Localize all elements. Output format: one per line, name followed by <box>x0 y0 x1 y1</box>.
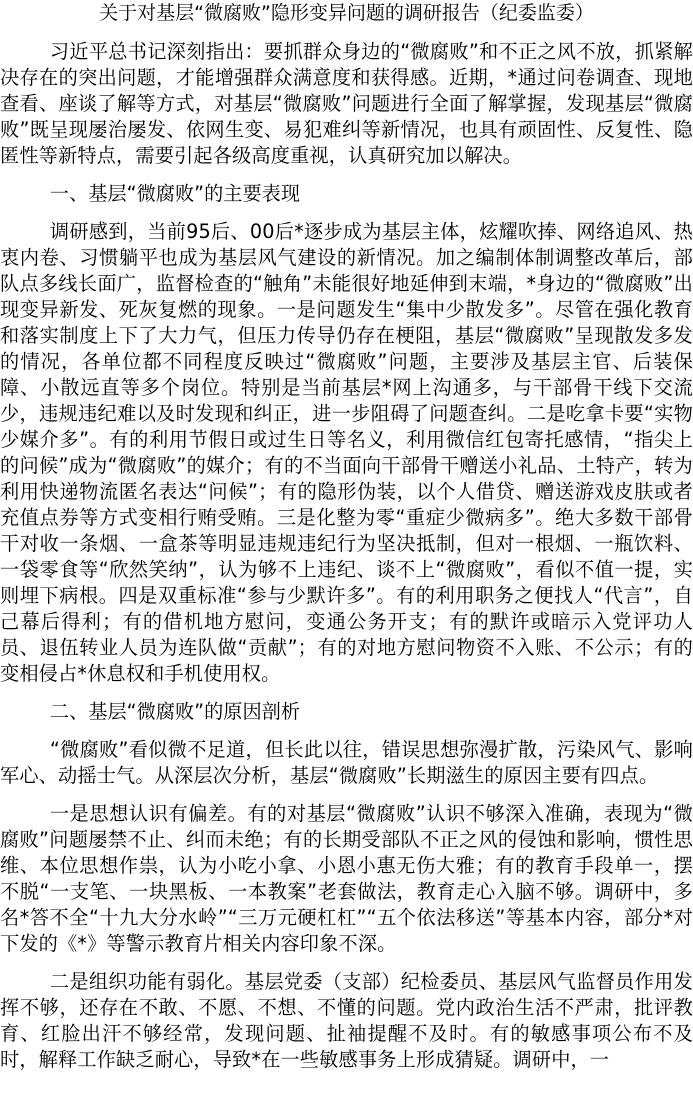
spacer <box>0 207 693 219</box>
spacer <box>0 957 693 969</box>
spacer <box>0 789 693 801</box>
section-2-paragraph-3: 二是组织功能有弱化。基层党委（支部）纪检委员、基层风气监督员作用发挥不够，还存在… <box>0 969 693 1073</box>
section-heading-2: 二、基层“微腐败”的原因剖析 <box>0 699 693 725</box>
document-page: 关于对基层“微腐败”隐形变异问题的调研报告（纪委监委） 习近平总书记深刻指出：要… <box>0 0 693 1073</box>
document-title: 关于对基层“微腐败”隐形变异问题的调研报告（纪委监委） <box>0 0 693 26</box>
section-1-paragraph-1: 调研感到，当前95后、00后*逐步成为基层主体，炫耀吹捧、网络追风、热衷内卷、习… <box>0 219 693 687</box>
spacer <box>0 26 693 39</box>
section-heading-1: 一、基层“微腐败”的主要表现 <box>0 181 693 207</box>
section-2-paragraph-2: 一是思想认识有偏差。有的对基层“微腐败”认识不够深入准确，表现为“微腐败”问题屡… <box>0 801 693 957</box>
spacer <box>0 725 693 737</box>
section-2-paragraph-1: “微腐败”看似微不足道，但长此以往，错误思想弥漫扩散，污染风气、影响军心、动摇士… <box>0 737 693 789</box>
spacer <box>0 687 693 699</box>
spacer <box>0 169 693 181</box>
intro-paragraph: 习近平总书记深刻指出：要抓群众身边的“微腐败”和不正之风不放，抓紧解决存在的突出… <box>0 39 693 169</box>
